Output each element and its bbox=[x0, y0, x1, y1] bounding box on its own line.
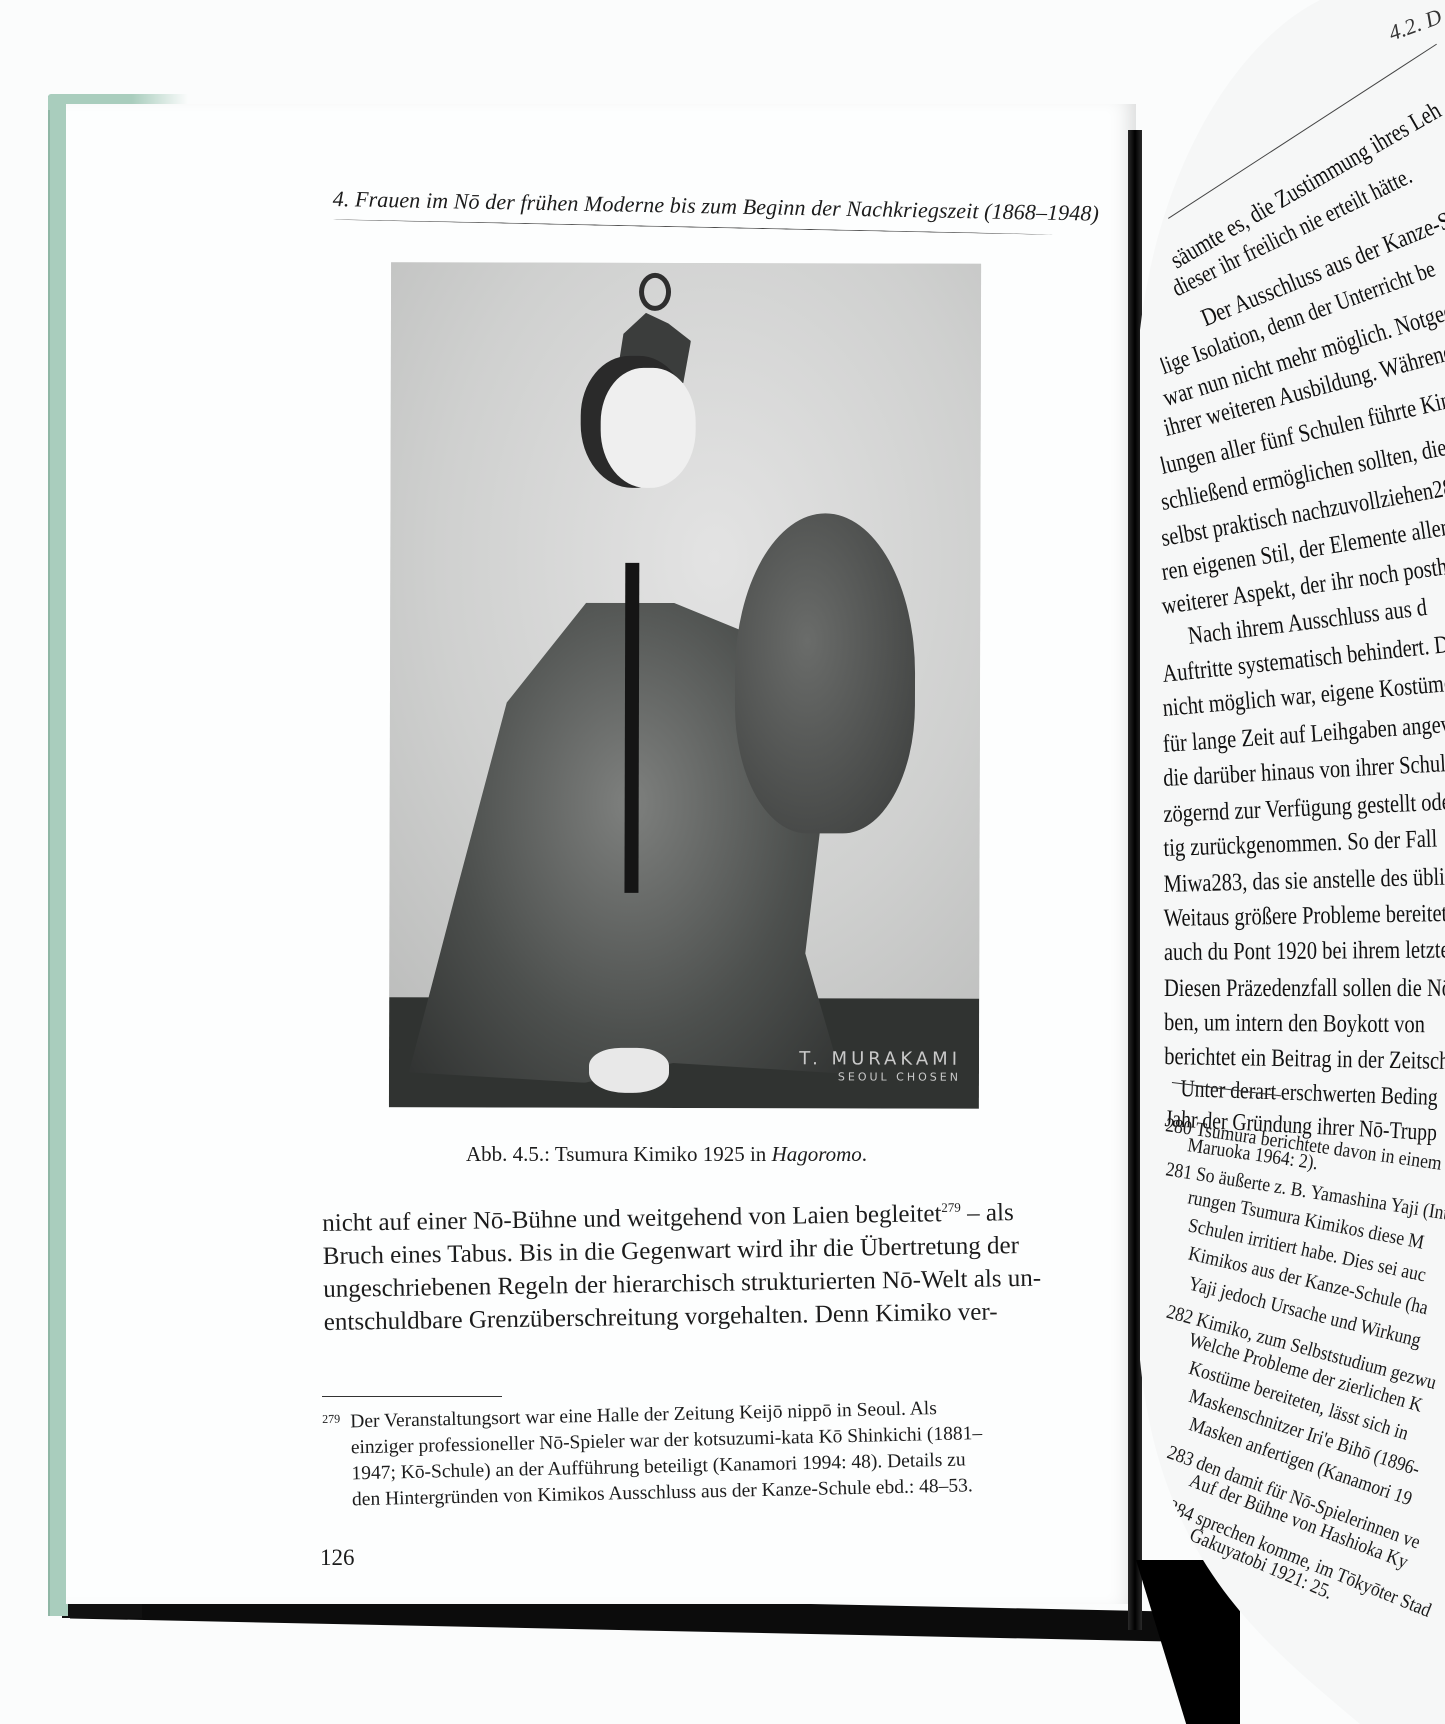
photo-tassel-cord bbox=[624, 563, 639, 893]
cover-spine-edge bbox=[48, 96, 68, 1616]
photo-tabi-feet bbox=[589, 1048, 669, 1093]
photo-studio-watermark: T. MURAKAMI SEOUL CHOSEN bbox=[799, 1050, 961, 1086]
footnote-separator bbox=[322, 1396, 502, 1397]
book-photo: 4. Frauen im Nō der frühen Moderne bis z… bbox=[0, 0, 1445, 1724]
photo-sleeve bbox=[735, 513, 916, 833]
footnote-ref-279[interactable]: 279 bbox=[941, 1200, 961, 1215]
right-page-body-line: Diesen Präzedenzfall sollen die Nō bbox=[1164, 975, 1445, 1003]
right-page-body-line: die darüber hinaus von ihrer Schule bbox=[1163, 750, 1445, 793]
right-page-body-line: Weitaus größere Probleme bereitete bbox=[1164, 900, 1445, 933]
right-page-text: säumte es, die Zustimmung ihres Lehdiese… bbox=[1160, 0, 1445, 1724]
photo-crown-ornament bbox=[639, 273, 671, 311]
right-page-body-line: berichtet ein Beitrag in der Zeitschr bbox=[1164, 1043, 1445, 1076]
right-page-body-line: ben, um intern den Boykott von bbox=[1164, 1009, 1425, 1039]
page-number: 126 bbox=[320, 1545, 355, 1571]
right-page-body-line: Miwa283, das sie anstelle des üblicher bbox=[1163, 863, 1445, 899]
watermark-line-1: T. MURAKAMI bbox=[799, 1048, 961, 1069]
book-gutter bbox=[1128, 130, 1142, 1630]
body-paragraph: nicht auf einer Nō-Bühne und weitgehend … bbox=[322, 1195, 1064, 1339]
footnote-279: 279 Der Veranstaltungsort war eine Halle… bbox=[322, 1393, 1069, 1514]
body-line-segment: – als bbox=[961, 1199, 1014, 1227]
caption-italic-title: Hagoromo bbox=[772, 1142, 862, 1166]
figure-caption: Abb. 4.5.: Tsumura Kimiko 1925 in Hagoro… bbox=[466, 1142, 867, 1167]
right-page-body-line: zögernd zur Verfügung gestellt ode bbox=[1163, 788, 1445, 829]
caption-text: Abb. 4.5.: Tsumura Kimiko 1925 in bbox=[466, 1142, 772, 1166]
figure-photo-tsumura-kimiko: T. MURAKAMI SEOUL CHOSEN bbox=[389, 262, 981, 1109]
photo-mask bbox=[601, 368, 696, 488]
right-page-body-line: auch du Pont 1920 bei ihrem letzte bbox=[1164, 937, 1445, 967]
right-page-body-line: Unter derart erschwerten Beding bbox=[1180, 1076, 1438, 1112]
right-page-body-line: tig zurückgenommen. So der Fall bbox=[1163, 825, 1438, 863]
caption-period: . bbox=[862, 1142, 867, 1166]
watermark-line-2: SEOUL CHOSEN bbox=[799, 1068, 961, 1086]
footnote-number: 279 bbox=[322, 1406, 341, 1432]
